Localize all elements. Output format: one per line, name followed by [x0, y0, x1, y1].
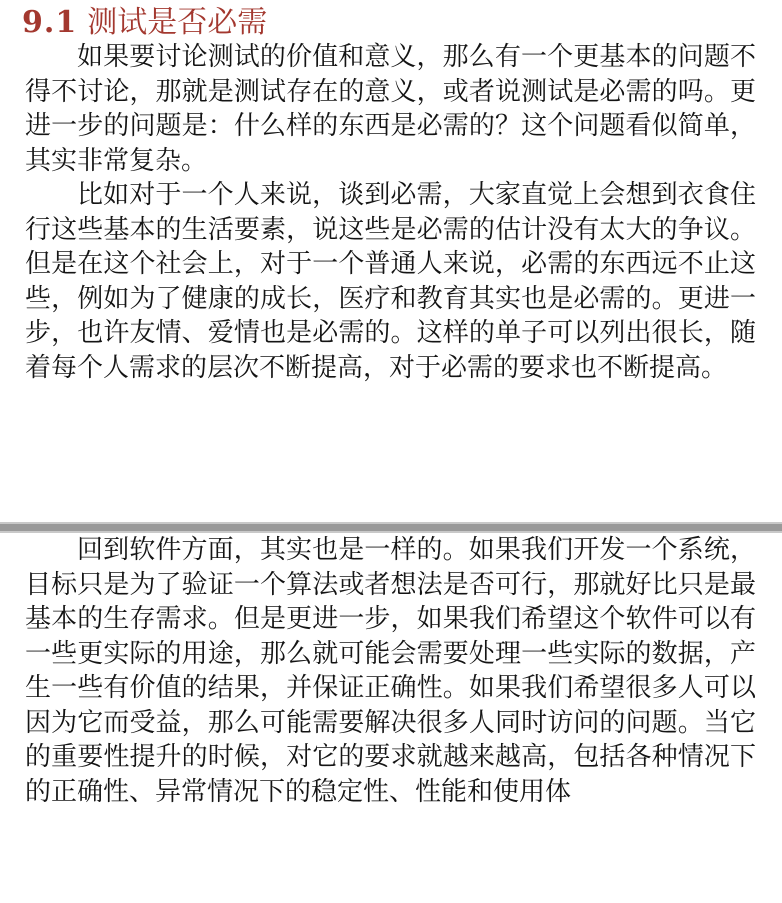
section-heading: 9.1测试是否必需 — [22, 6, 758, 40]
document-page: 9.1测试是否必需 如果要讨论测试的价值和意义，那么有一个更基本的问题不得不讨论… — [0, 6, 782, 903]
paragraph: 如果要讨论测试的价值和意义，那么有一个更基本的问题不得不讨论，那就是测试存在的意… — [25, 40, 756, 178]
section-title: 测试是否必需 — [87, 5, 267, 40]
page-content-top: 如果要讨论测试的价值和意义，那么有一个更基本的问题不得不讨论，那就是测试存在的意… — [0, 40, 782, 385]
paragraph: 比如对于一个人来说，谈到必需，大家直觉上会想到衣食住行这些基本的生活要素，说这些… — [25, 178, 756, 385]
paragraph: 回到软件方面，其实也是一样的。如果我们开发一个系统，目标只是为了验证一个算法或者… — [25, 533, 756, 809]
section-number: 9.1 — [22, 5, 77, 40]
page-content-bottom: 回到软件方面，其实也是一样的。如果我们开发一个系统，目标只是为了验证一个算法或者… — [0, 533, 782, 809]
page-break-divider — [0, 522, 782, 533]
